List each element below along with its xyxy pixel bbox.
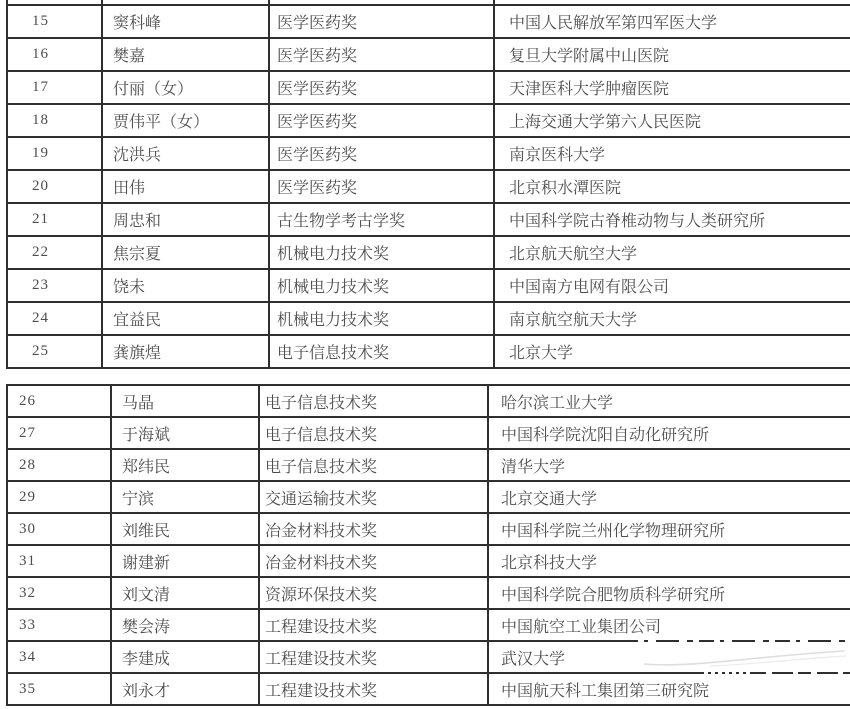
cell-award: 医学医药奖 <box>269 71 494 104</box>
cell-institution: 哈尔滨工业大学 <box>488 385 850 417</box>
cell-award: 古生物学考古学奖 <box>269 203 494 236</box>
cell-award: 工程建设技术奖 <box>259 673 488 705</box>
table-row: 20田伟医学医药奖北京积水潭医院 <box>7 170 850 203</box>
cell-award: 医学医药奖 <box>269 5 494 38</box>
cell-number: 24 <box>7 302 102 335</box>
award-table-body: 15窦科峰医学医药奖中国人民解放军第四军医大学16樊嘉医学医药奖复旦大学附属中山… <box>7 0 850 368</box>
cell-number: 29 <box>7 481 111 513</box>
cell-award: 机械电力技术奖 <box>269 269 494 302</box>
cell-number: 31 <box>7 545 111 577</box>
cell-institution: 清华大学 <box>488 449 850 481</box>
cell-name: 沈洪兵 <box>102 137 269 170</box>
cell-institution: 中国科学院合肥物质科学研究所 <box>488 577 850 609</box>
cell-number: 26 <box>7 385 111 417</box>
cell-number: 34 <box>7 641 111 673</box>
cell-institution: 复旦大学附属中山医院 <box>494 38 850 71</box>
cell-name: 于海斌 <box>111 417 259 449</box>
cell-number: 23 <box>7 269 102 302</box>
cell-award: 电子信息技术奖 <box>259 385 488 417</box>
award-table-rows-15-25: 15窦科峰医学医药奖中国人民解放军第四军医大学16樊嘉医学医药奖复旦大学附属中山… <box>6 0 850 369</box>
cell-name: 宁滨 <box>111 481 259 513</box>
cell-institution: 南京医科大学 <box>494 137 850 170</box>
dotted-line-segment <box>701 672 753 674</box>
table-row: 22焦宗夏机械电力技术奖北京航天航空大学 <box>7 236 850 269</box>
cell-name: 刘永才 <box>111 673 259 705</box>
cell-institution: 北京积水潭医院 <box>494 170 850 203</box>
table-row: 31谢建新冶金材料技术奖北京科技大学 <box>7 545 850 577</box>
cell-number: 27 <box>7 417 111 449</box>
table-row: 26马晶电子信息技术奖哈尔滨工业大学 <box>7 385 850 417</box>
table-row: 19沈洪兵医学医药奖南京医科大学 <box>7 137 850 170</box>
table-row: 21周忠和古生物学考古学奖中国科学院古脊椎动物与人类研究所 <box>7 203 850 236</box>
table-row: 18贾伟平（女）医学医药奖上海交通大学第六人民医院 <box>7 104 850 137</box>
cell-institution: 中国科学院沈阳自动化研究所 <box>488 417 850 449</box>
cell-institution: 北京大学 <box>494 335 850 368</box>
cell-name: 刘文清 <box>111 577 259 609</box>
cell-name: 谢建新 <box>111 545 259 577</box>
cell-number: 18 <box>7 104 102 137</box>
table-row: 33樊会涛工程建设技术奖中国航空工业集团公司 <box>7 609 850 641</box>
document-page: 15窦科峰医学医药奖中国人民解放军第四军医大学16樊嘉医学医药奖复旦大学附属中山… <box>0 0 850 709</box>
table-row: 29宁滨交通运输技术奖北京交通大学 <box>7 481 850 513</box>
cell-name: 樊会涛 <box>111 609 259 641</box>
cell-award: 机械电力技术奖 <box>269 236 494 269</box>
cell-name: 龚旗煌 <box>102 335 269 368</box>
cell-award: 工程建设技术奖 <box>259 609 488 641</box>
cell-award: 冶金材料技术奖 <box>259 545 488 577</box>
table-row: 15窦科峰医学医药奖中国人民解放军第四军医大学 <box>7 5 850 38</box>
cell-name: 田伟 <box>102 170 269 203</box>
cell-number: 28 <box>7 449 111 481</box>
cell-number: 25 <box>7 335 102 368</box>
cell-institution: 上海交通大学第六人民医院 <box>494 104 850 137</box>
cell-award: 工程建设技术奖 <box>259 641 488 673</box>
table-row: 35刘永才工程建设技术奖中国航天科工集团第三研究院 <box>7 673 850 705</box>
cell-institution: 中国南方电网有限公司 <box>494 269 850 302</box>
cell-name: 刘维民 <box>111 513 259 545</box>
cell-institution: 北京航天航空大学 <box>494 236 850 269</box>
cell-name: 马晶 <box>111 385 259 417</box>
table-row: 24宜益民机械电力技术奖南京航空航天大学 <box>7 302 850 335</box>
cell-institution: 中国科学院古脊椎动物与人类研究所 <box>494 203 850 236</box>
cell-number: 15 <box>7 5 102 38</box>
cell-number: 22 <box>7 236 102 269</box>
cell-award: 医学医药奖 <box>269 170 494 203</box>
table-row: 28郑纬民电子信息技术奖清华大学 <box>7 449 850 481</box>
cell-name: 焦宗夏 <box>102 236 269 269</box>
cell-award: 机械电力技术奖 <box>269 302 494 335</box>
cell-award: 医学医药奖 <box>269 104 494 137</box>
dashed-line-segment <box>623 640 850 642</box>
cell-name: 贾伟平（女） <box>102 104 269 137</box>
dashed-line-segment <box>753 672 850 674</box>
cell-institution: 南京航空航天大学 <box>494 302 850 335</box>
cell-name: 付丽（女） <box>102 71 269 104</box>
cell-number: 16 <box>7 38 102 71</box>
cell-award: 电子信息技术奖 <box>259 417 488 449</box>
cell-institution: 北京科技大学 <box>488 545 850 577</box>
cell-name: 周忠和 <box>102 203 269 236</box>
table-row: 25龚旗煌电子信息技术奖北京大学 <box>7 335 850 368</box>
cell-award: 医学医药奖 <box>269 38 494 71</box>
cell-number: 32 <box>7 577 111 609</box>
table-row: 23饶未机械电力技术奖中国南方电网有限公司 <box>7 269 850 302</box>
table-row: 16樊嘉医学医药奖复旦大学附属中山医院 <box>7 38 850 71</box>
cell-name: 宜益民 <box>102 302 269 335</box>
cell-name: 郑纬民 <box>111 449 259 481</box>
table-row: 17付丽（女）医学医药奖天津医科大学肿瘤医院 <box>7 71 850 104</box>
table-row: 32刘文清资源环保技术奖中国科学院合肥物质科学研究所 <box>7 577 850 609</box>
cell-name: 饶未 <box>102 269 269 302</box>
cell-award: 资源环保技术奖 <box>259 577 488 609</box>
cell-number: 19 <box>7 137 102 170</box>
erased-watermark-smudge <box>640 644 850 672</box>
cell-number: 21 <box>7 203 102 236</box>
cell-name: 李建成 <box>111 641 259 673</box>
cell-number: 35 <box>7 673 111 705</box>
cell-institution: 北京交通大学 <box>488 481 850 513</box>
cell-award: 交通运输技术奖 <box>259 481 488 513</box>
cell-institution: 中国航空工业集团公司 <box>488 609 850 641</box>
cell-institution: 中国航天科工集团第三研究院 <box>488 673 850 705</box>
cell-award: 电子信息技术奖 <box>259 449 488 481</box>
cell-institution: 中国人民解放军第四军医大学 <box>494 5 850 38</box>
cell-name: 樊嘉 <box>102 38 269 71</box>
cell-number: 20 <box>7 170 102 203</box>
cell-number: 17 <box>7 71 102 104</box>
cell-institution: 中国科学院兰州化学物理研究所 <box>488 513 850 545</box>
cell-award: 电子信息技术奖 <box>269 335 494 368</box>
cell-name: 窦科峰 <box>102 5 269 38</box>
cell-number: 30 <box>7 513 111 545</box>
cell-institution: 天津医科大学肿瘤医院 <box>494 71 850 104</box>
table-row: 27于海斌电子信息技术奖中国科学院沈阳自动化研究所 <box>7 417 850 449</box>
cell-award: 冶金材料技术奖 <box>259 513 488 545</box>
cell-number: 33 <box>7 609 111 641</box>
table-row: 30刘维民冶金材料技术奖中国科学院兰州化学物理研究所 <box>7 513 850 545</box>
cell-award: 医学医药奖 <box>269 137 494 170</box>
